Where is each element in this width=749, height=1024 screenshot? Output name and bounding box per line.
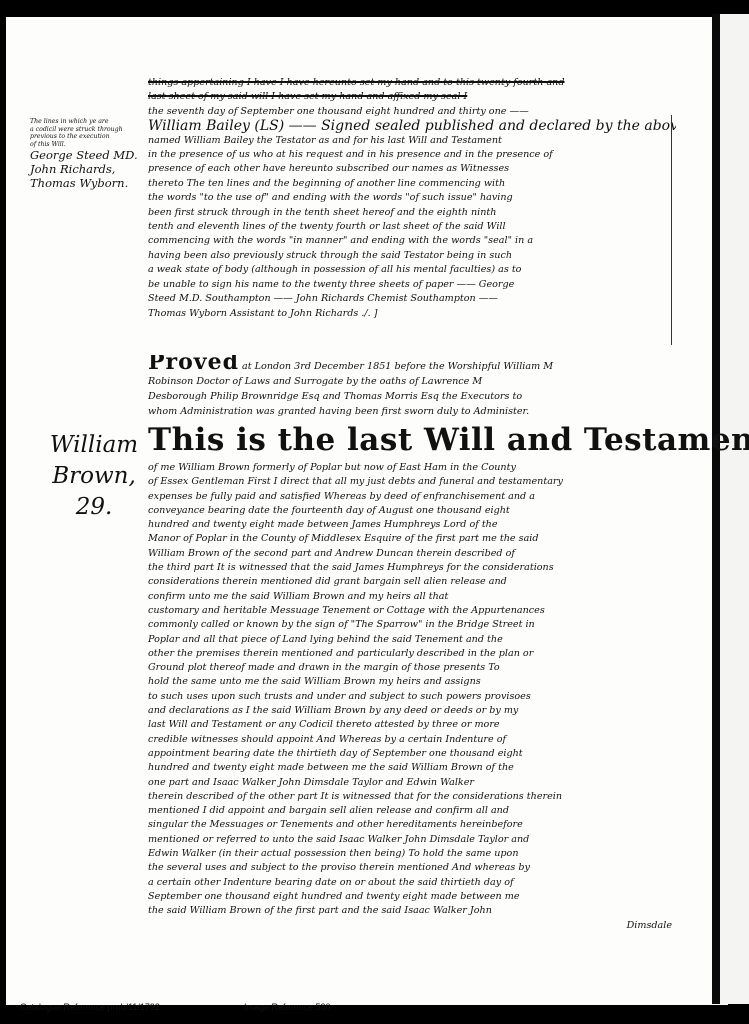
text-line: therein described of the other part It i… bbox=[148, 790, 676, 804]
text-line: mentioned or referred to unto the said I… bbox=[148, 833, 676, 847]
text-line: Manor of Poplar in the County of Middles… bbox=[148, 532, 676, 546]
text-line: Steed M.D. Southampton —— John Richards … bbox=[148, 292, 676, 306]
text-line: William Bailey (LS) —— Signed sealed pub… bbox=[148, 119, 676, 133]
will-body: of me William Brown formerly of Poplar b… bbox=[148, 461, 676, 933]
previous-will-text: things appertaining I have I have hereun… bbox=[148, 76, 676, 321]
margin-note: The lines in which ye are a codicil were… bbox=[30, 118, 148, 190]
proved-heading: Proved bbox=[148, 355, 239, 375]
text-line: hundred and twenty eight made between Ja… bbox=[148, 518, 676, 532]
text-line: named William Bailey the Testator as and… bbox=[148, 134, 676, 148]
text-line: Poplar and all that piece of Land lying … bbox=[148, 633, 676, 647]
witness-signature: George Steed MD. bbox=[30, 148, 148, 162]
text-line: be unable to sign his name to the twenty… bbox=[148, 278, 676, 292]
text-line: Desborough Philip Brownridge Esq and Tho… bbox=[148, 389, 676, 404]
witness-signature: John Richards, bbox=[30, 162, 148, 176]
text-line: commonly called or known by the sign of … bbox=[148, 618, 676, 632]
text-line: a certain other Indenture bearing date o… bbox=[148, 876, 676, 890]
text-line: one part and Isaac Walker John Dimsdale … bbox=[148, 776, 676, 790]
margin-bracket bbox=[671, 115, 672, 345]
text-line: Proved at London 3rd December 1851 befor… bbox=[148, 355, 676, 374]
text-line: having been also previously struck throu… bbox=[148, 249, 676, 263]
archive-reference: Catalogue Reference:prob/11/1792 bbox=[20, 1002, 160, 1012]
text-line: thereto The ten lines and the beginning … bbox=[148, 177, 676, 191]
text-line: confirm unto me the said William Brown a… bbox=[148, 590, 676, 604]
facing-page-edge bbox=[720, 14, 749, 1004]
struck-line: last sheet of my said will I have set my… bbox=[148, 90, 676, 104]
page-gutter bbox=[712, 14, 720, 1004]
text-line: customary and heritable Messuage Tenemen… bbox=[148, 604, 676, 618]
text-line: appointment bearing date the thirtieth d… bbox=[148, 747, 676, 761]
text-line: singular the Messuages or Tenements and … bbox=[148, 818, 676, 832]
margin-annotation: The lines in which ye are a codicil were… bbox=[30, 118, 148, 148]
text-line: the several uses and subject to the prov… bbox=[148, 861, 676, 875]
catchword: Dimsdale bbox=[148, 919, 676, 933]
text-line: of Essex Gentleman First I direct that a… bbox=[148, 475, 676, 489]
text-line: in the presence of us who at his request… bbox=[148, 148, 676, 162]
text-line: the seventh day of September one thousan… bbox=[148, 105, 676, 119]
text-line: conveyance bearing date the fourteenth d… bbox=[148, 504, 676, 518]
text-line: hundred and twenty eight made between me… bbox=[148, 761, 676, 775]
text-line: a weak state of body (although in posses… bbox=[148, 263, 676, 277]
text-line: been first struck through in the tenth s… bbox=[148, 206, 676, 220]
text-line: Thomas Wyborn Assistant to John Richards… bbox=[148, 307, 676, 321]
text-line: considerations therein mentioned did gra… bbox=[148, 575, 676, 589]
probate-clause: Proved at London 3rd December 1851 befor… bbox=[148, 355, 676, 419]
text-line: other the premises therein mentioned and… bbox=[148, 647, 676, 661]
text-line: Edwin Walker (in their actual possession… bbox=[148, 847, 676, 861]
text-line: commencing with the words "in manner" an… bbox=[148, 234, 676, 248]
text-line: September one thousand eight hundred and… bbox=[148, 890, 676, 904]
text-line: whom Administration was granted having b… bbox=[148, 404, 676, 419]
text-line: of me William Brown formerly of Poplar b… bbox=[148, 461, 676, 475]
text-line: the third part It is witnessed that the … bbox=[148, 561, 676, 575]
text-line: William Brown of the second part and And… bbox=[148, 547, 676, 561]
text-line: mentioned I did appoint and bargain sell… bbox=[148, 804, 676, 818]
text-line: tenth and eleventh lines of the twenty f… bbox=[148, 220, 676, 234]
witness-signature: Thomas Wyborn. bbox=[30, 176, 148, 190]
text-line: to such uses upon such trusts and under … bbox=[148, 690, 676, 704]
text-line: credible witnesses should appoint And Wh… bbox=[148, 733, 676, 747]
will-title: This is the last Will and Testament bbox=[148, 420, 678, 460]
text-line: and declarations as I the said William B… bbox=[148, 704, 676, 718]
image-reference: Image Reference:530 bbox=[244, 1002, 331, 1012]
text-line: expenses be fully paid and satisfied Whe… bbox=[148, 490, 676, 504]
text-line: the said William Brown of the first part… bbox=[148, 904, 676, 918]
text-line: the words "to the use of" and ending wit… bbox=[148, 191, 676, 205]
text-line: Robinson Doctor of Laws and Surrogate by… bbox=[148, 374, 676, 389]
text-line: presence of each other have hereunto sub… bbox=[148, 162, 676, 176]
text-line: last Will and Testament or any Codicil t… bbox=[148, 718, 676, 732]
text-line: hold the same unto me the said William B… bbox=[148, 675, 676, 689]
struck-line: things appertaining I have I have hereun… bbox=[148, 76, 676, 90]
text-line: Ground plot thereof made and drawn in th… bbox=[148, 661, 676, 675]
testator-margin-name: William Brown, 29. bbox=[44, 430, 144, 523]
